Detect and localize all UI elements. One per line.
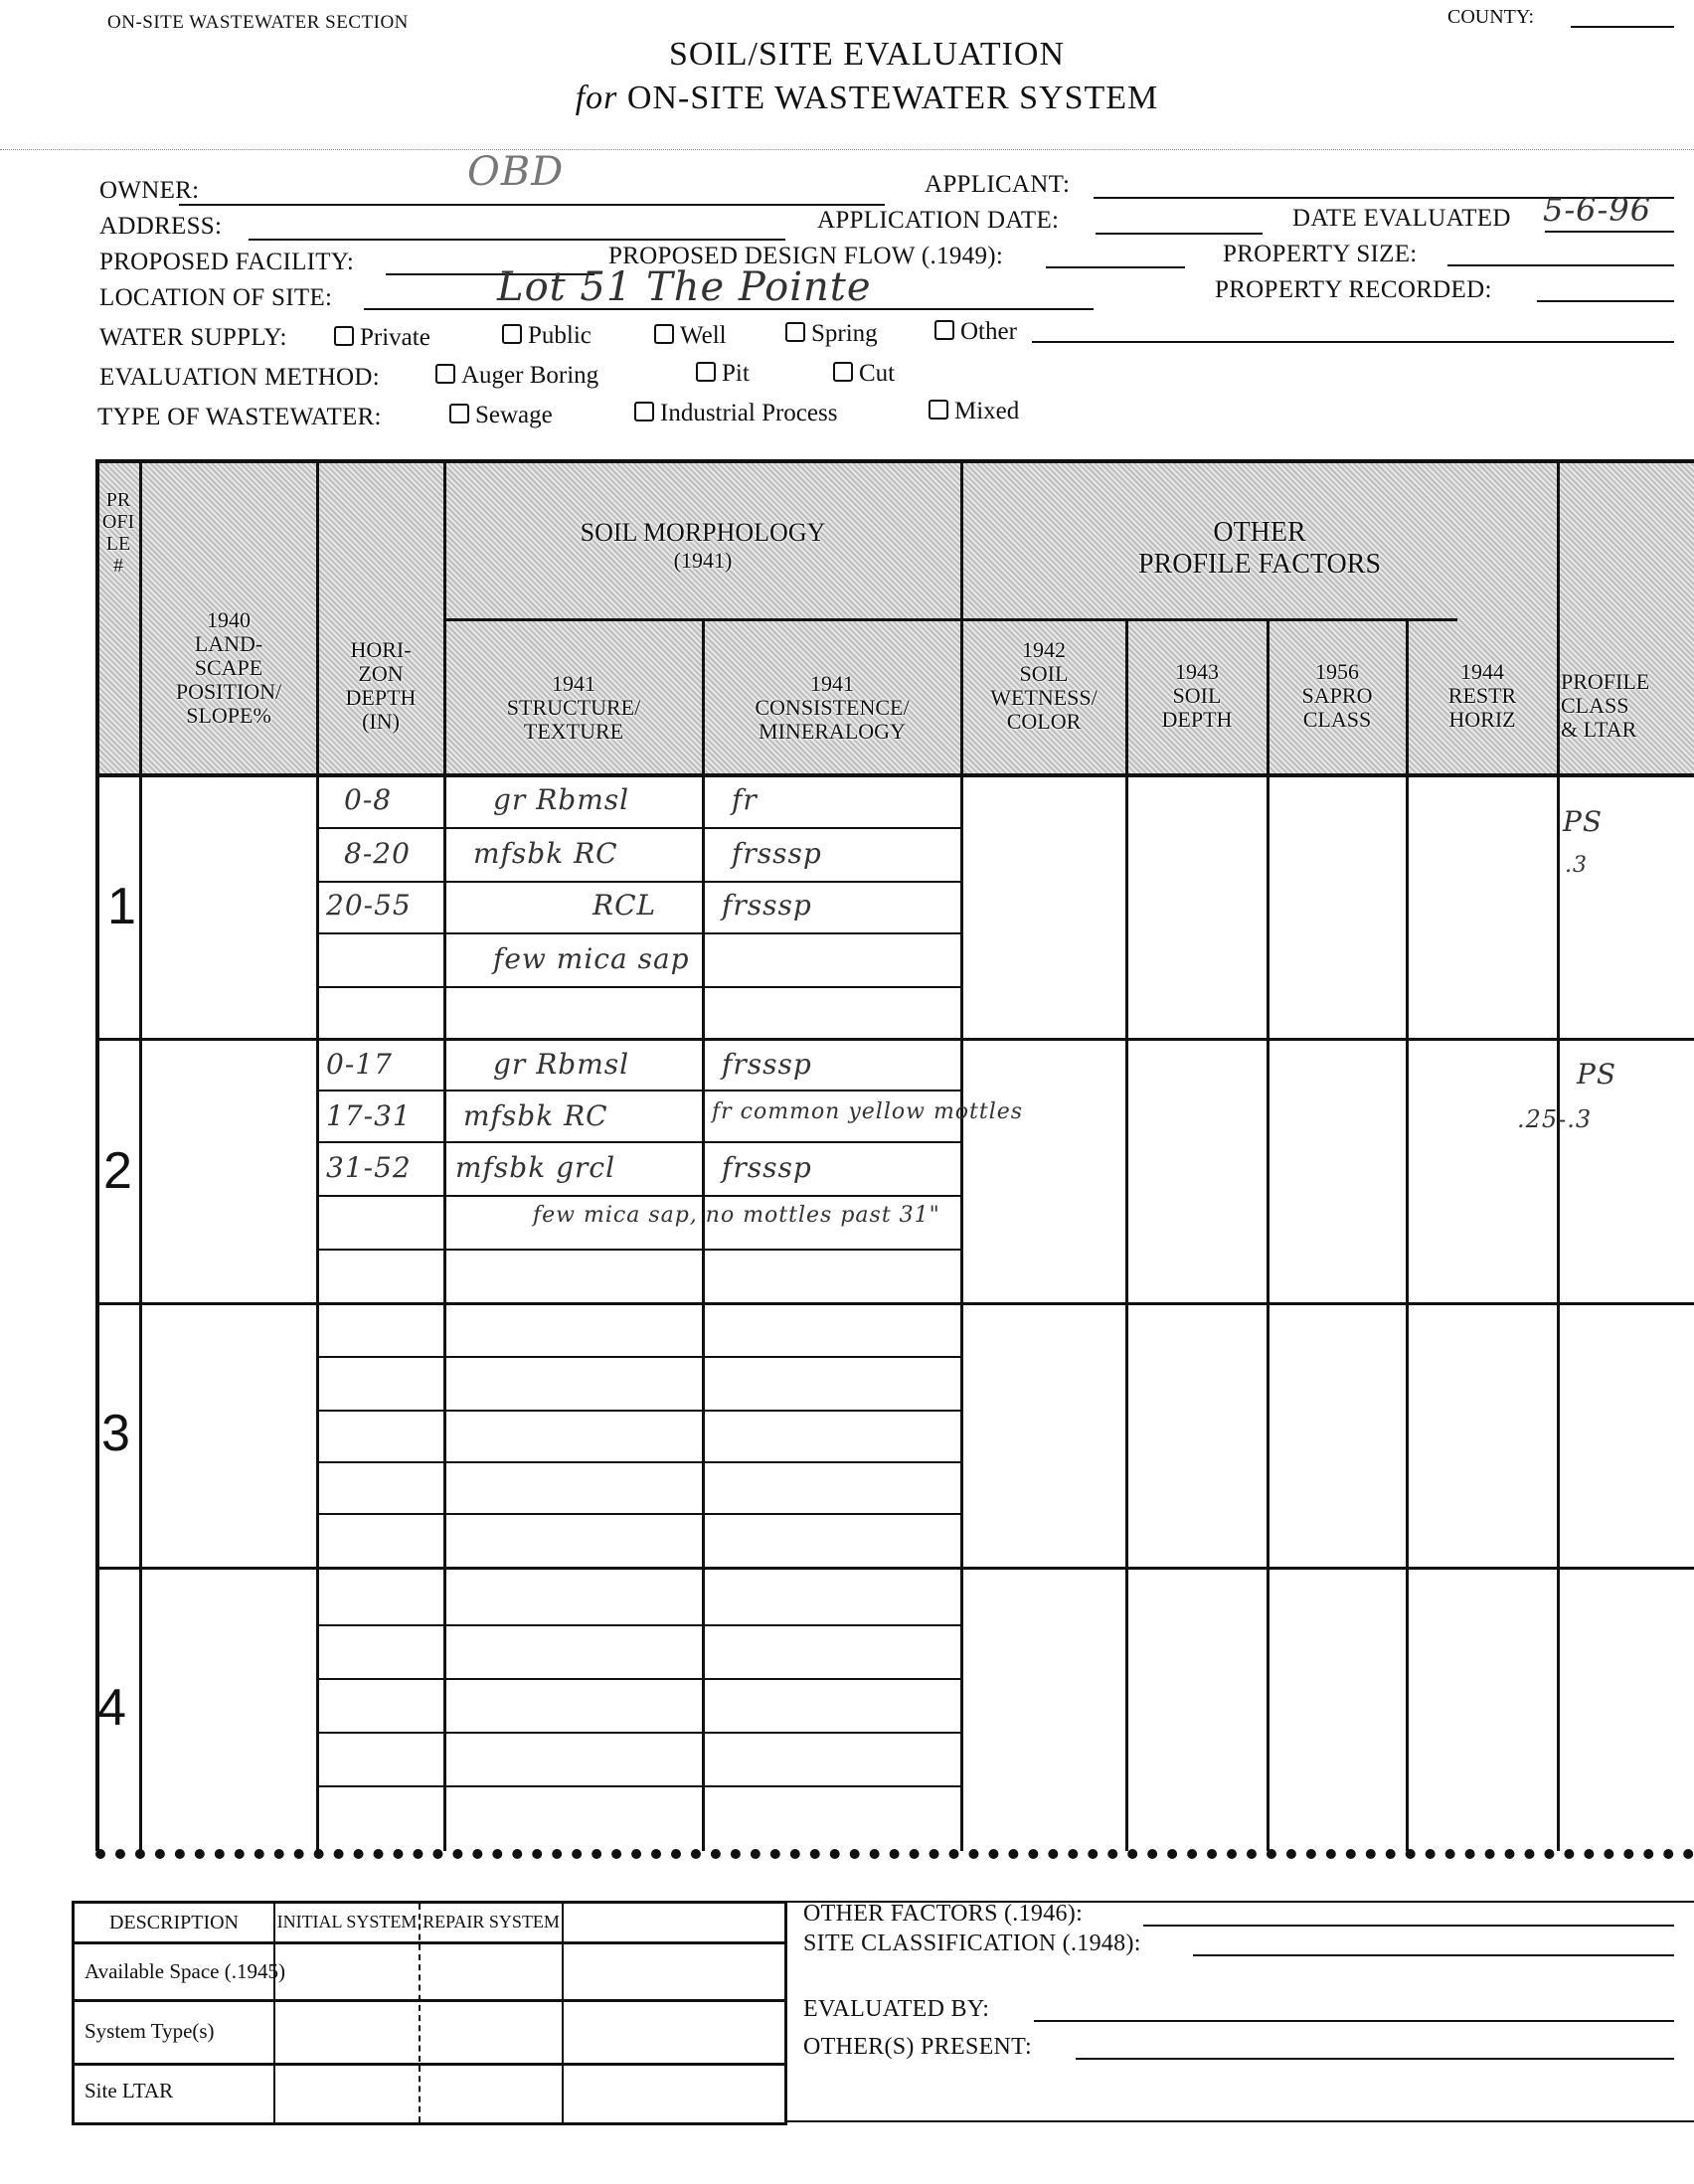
horizon-depth: 0-17: [326, 1048, 393, 1081]
table-top-border: [95, 459, 1694, 463]
header-line: SOIL MORPHOLOGY: [447, 519, 958, 547]
horizon-row-line: [316, 986, 960, 988]
col-divider: [316, 459, 319, 1851]
summary-row-system-types: System Type(s): [85, 2019, 215, 2044]
col-divider: [1406, 618, 1409, 1851]
header-line: (IN): [320, 710, 441, 734]
summary-col-line: [273, 1904, 275, 2122]
checkbox-icon[interactable]: [696, 362, 716, 382]
other-factors-label: OTHER FACTORS (.1946):: [803, 1901, 1083, 1928]
applicant-label: APPLICANT:: [925, 171, 1070, 199]
summary-right-bottom-border: [787, 2120, 1694, 2122]
header-other-profile-factors: OTHER PROFILE FACTORS: [964, 517, 1555, 581]
property-size-label: PROPERTY SIZE:: [1223, 241, 1418, 268]
consistence: frsssp: [732, 837, 822, 870]
header-line: DEPTH: [320, 686, 441, 710]
eval-auger-boring[interactable]: Auger Boring: [435, 362, 598, 390]
header-line: MINERALOGY: [706, 720, 958, 744]
horizon-row-line: [316, 1513, 960, 1515]
available-space-initial-input[interactable]: [277, 1945, 417, 1997]
eval-cut[interactable]: Cut: [833, 360, 895, 388]
option-label: Pit: [722, 360, 750, 387]
header-restr-horiz: 1944 RESTR HORIZ: [1410, 660, 1555, 732]
header-line: RESTR: [1410, 684, 1555, 708]
option-label: Auger Boring: [461, 362, 598, 389]
header-line: SOIL: [1129, 684, 1265, 708]
consistence: frsssp: [722, 1048, 812, 1081]
horizon-row-line: [316, 1410, 960, 1412]
header-wetness: 1942 SOIL WETNESS/ COLOR: [964, 638, 1123, 734]
available-space-repair-input[interactable]: [423, 1945, 560, 1997]
system-summary-table: DESCRIPTION INITIAL SYSTEM REPAIR SYSTEM…: [72, 1901, 787, 2125]
water-supply-label: WATER SUPPLY:: [99, 324, 287, 352]
checkbox-icon[interactable]: [449, 404, 469, 423]
col-divider: [960, 459, 963, 1851]
property-recorded-field[interactable]: [1537, 300, 1674, 302]
property-size-field[interactable]: [1447, 264, 1674, 266]
header-line: 1943: [1129, 660, 1265, 684]
summary-header-row-line: [75, 1941, 784, 1944]
checkbox-icon[interactable]: [654, 324, 674, 344]
structure-texture: mfsbk grcl: [455, 1151, 615, 1184]
consistence: fr common yellow mottles: [712, 1099, 1023, 1124]
profile-divider: [95, 1567, 1694, 1570]
date-evaluated-label: DATE EVALUATED: [1292, 205, 1511, 233]
horizon-row-line: [316, 1141, 960, 1143]
profile-divider: [95, 1038, 1694, 1041]
summary-row-line: [75, 1999, 784, 2002]
water-supply-private[interactable]: Private: [334, 324, 430, 352]
evaluated-by-field[interactable]: [1034, 2020, 1674, 2022]
structure-texture: gr Rbmsl: [493, 1048, 629, 1081]
checkbox-icon[interactable]: [502, 324, 522, 344]
structure-texture: gr Rbmsl: [493, 783, 629, 816]
horizon-row-line: [316, 881, 960, 883]
site-ltar-repair-input[interactable]: [423, 2067, 560, 2120]
summary-row-line: [75, 2063, 784, 2066]
structure-texture: RCL: [593, 889, 656, 922]
horizon-depth: 31-52: [326, 1151, 412, 1184]
location-label: LOCATION OF SITE:: [99, 284, 332, 312]
wastewater-mixed[interactable]: Mixed: [929, 398, 1019, 425]
structure-texture: mfsbk RC: [473, 837, 618, 870]
header-line: CONSISTENCE/: [706, 696, 958, 720]
horizon-depth: 0-8: [344, 783, 392, 816]
header-line: HORIZ: [1410, 708, 1555, 732]
consistence: frsssp: [722, 1151, 812, 1184]
option-label: Sewage: [475, 402, 553, 428]
option-label: Mixed: [954, 398, 1019, 424]
horizon-row-line: [316, 1624, 960, 1626]
col-divider: [1557, 459, 1560, 1851]
application-date-label: APPLICATION DATE:: [817, 207, 1059, 235]
site-ltar-initial-input[interactable]: [277, 2067, 417, 2120]
header-landscape: 1940 LAND- SCAPE POSITION/ SLOPE%: [143, 608, 314, 728]
water-supply-public[interactable]: Public: [502, 322, 592, 350]
address-field[interactable]: [249, 239, 785, 241]
header-line: COLOR: [964, 710, 1123, 734]
summary-header-repair: REPAIR SYSTEM: [421, 1912, 562, 1932]
checkbox-icon[interactable]: [785, 322, 805, 342]
table-left-border: [95, 459, 99, 1851]
property-recorded-label: PROPERTY RECORDED:: [1215, 276, 1492, 304]
owner-value: OBD: [467, 149, 564, 195]
subheader-divider: [443, 618, 1457, 621]
header-line: PROFILE FACTORS: [964, 549, 1555, 581]
page-title: SOIL/SITE EVALUATION: [0, 36, 1694, 74]
header-line: SLOPE%: [143, 704, 314, 728]
structure-texture: few mica sap: [493, 942, 690, 975]
horizon-row-line: [316, 1785, 960, 1787]
profile-number: 3: [101, 1404, 130, 1463]
header-soil-depth: 1943 SOIL DEPTH: [1129, 660, 1265, 732]
header-line: OTHER: [964, 517, 1555, 549]
horizon-row-line: [316, 1732, 960, 1734]
profile-divider: [95, 1302, 1694, 1305]
checkbox-icon[interactable]: [929, 400, 948, 420]
header-bottom-border: [95, 773, 1694, 777]
header-line: 1941: [447, 672, 700, 696]
soil-profile-table: PROFILE # 1940 LAND- SCAPE POSITION/ SLO…: [95, 459, 1694, 1865]
header-line: HORI-: [320, 638, 441, 662]
others-present-label: OTHER(S) PRESENT:: [803, 2034, 1032, 2061]
option-label: Public: [528, 322, 592, 349]
subtitle-prefix: for: [576, 80, 618, 116]
water-supply-other[interactable]: Other: [934, 318, 1017, 346]
header-line: 1956: [1270, 660, 1404, 684]
summary-row-available-space: Available Space (.1945): [85, 1959, 285, 1984]
county-label: COUNTY:: [1447, 6, 1534, 29]
checkbox-icon[interactable]: [334, 326, 354, 346]
header-structure-texture: 1941 STRUCTURE/ TEXTURE: [447, 672, 700, 744]
header-line: CLASS: [1270, 708, 1404, 732]
water-supply-other-field[interactable]: [1032, 341, 1674, 343]
consistence: frsssp: [722, 889, 812, 922]
col-divider: [1125, 618, 1128, 1851]
checkbox-icon[interactable]: [435, 364, 455, 384]
horizon-depth: 8-20: [344, 837, 411, 870]
other-factors-field[interactable]: [1143, 1925, 1674, 1927]
structure-texture: few mica sap, no mottles past 31": [533, 1203, 940, 1228]
header-line: 1944: [1410, 660, 1555, 684]
header-line: SAPRO: [1270, 684, 1404, 708]
horizon-depth: 20-55: [326, 889, 412, 922]
header-line: 1942: [964, 638, 1123, 662]
others-present-field[interactable]: [1076, 2058, 1674, 2060]
header-line: SCAPE: [143, 656, 314, 680]
horizon-row-line: [316, 932, 960, 934]
option-label: Well: [680, 322, 727, 349]
horizon-depth: 17-31: [326, 1099, 412, 1132]
col-divider: [702, 618, 705, 1851]
header-line: 1941: [706, 672, 958, 696]
profile-class: PS: [1577, 1058, 1616, 1091]
water-supply-well[interactable]: Well: [654, 322, 727, 350]
checkbox-icon[interactable]: [833, 362, 853, 382]
wastewater-sewage[interactable]: Sewage: [449, 402, 553, 429]
date-evaluated-value: 5-6-96: [1543, 191, 1651, 229]
option-label: Industrial Process: [660, 400, 837, 426]
header-line: & LTAR: [1561, 718, 1694, 742]
system-type-initial-input[interactable]: [277, 2003, 417, 2061]
profile-number: 4: [97, 1678, 126, 1738]
profile-number: 2: [103, 1141, 132, 1201]
option-label: Private: [360, 324, 430, 351]
header-line: STRUCTURE/: [447, 696, 700, 720]
col-divider: [139, 459, 142, 1851]
header-consistence: 1941 CONSISTENCE/ MINERALOGY: [706, 672, 958, 744]
header-line: 1940: [143, 608, 314, 632]
header-profile-class: PROFILE CLASS & LTAR: [1561, 670, 1694, 742]
owner-label: OWNER:: [99, 177, 199, 205]
horizon-row-line: [316, 827, 960, 829]
header-line: POSITION/: [143, 680, 314, 704]
system-type-repair-input[interactable]: [423, 2003, 560, 2061]
header-line: CLASS: [1561, 694, 1694, 718]
horizon-row-line: [316, 1090, 960, 1092]
header-line: LAND-: [143, 632, 314, 656]
horizon-row-line: [316, 1678, 960, 1680]
county-field[interactable]: [1571, 26, 1674, 28]
header-line: (1941): [447, 547, 958, 575]
profile-class: PS: [1563, 805, 1603, 838]
design-flow-field[interactable]: [1046, 266, 1185, 268]
summary-header-initial: INITIAL SYSTEM: [275, 1912, 419, 1932]
consistence: fr: [732, 783, 758, 816]
option-label: Other: [960, 318, 1017, 345]
header-line: PROFILE: [1561, 670, 1694, 694]
horizon-row-line: [316, 1195, 960, 1197]
horizon-row-line: [316, 1249, 960, 1251]
profile-number: 1: [107, 877, 136, 936]
profile-ltar: .25-.3: [1517, 1105, 1592, 1133]
summary-col-line: [562, 1904, 564, 2122]
header-profile: PROFILE #: [101, 489, 135, 577]
summary-col-line: [419, 1904, 421, 2122]
evaluation-method-label: EVALUATION METHOD:: [99, 364, 380, 392]
application-date-field[interactable]: [1096, 233, 1263, 235]
horizon-row-line: [316, 1356, 960, 1358]
header-horizon-depth: HORI- ZON DEPTH (IN): [320, 638, 441, 734]
date-evaluated-field[interactable]: [1545, 231, 1674, 233]
checkbox-icon[interactable]: [634, 402, 654, 421]
option-label: Spring: [811, 320, 878, 347]
section-title: ON-SITE WASTEWATER SECTION: [107, 12, 409, 34]
header-line: WETNESS/: [964, 686, 1123, 710]
wastewater-industrial[interactable]: Industrial Process: [634, 400, 837, 427]
header-line: ZON: [320, 662, 441, 686]
address-label: ADDRESS:: [99, 213, 222, 241]
location-value: Lot 51 The Pointe: [497, 264, 872, 310]
table-bottom-border: [95, 1849, 1694, 1859]
header-soil-morphology: SOIL MORPHOLOGY (1941): [447, 519, 958, 575]
dotted-divider: [0, 149, 1694, 150]
option-label: Cut: [859, 360, 895, 387]
site-classification-label: SITE CLASSIFICATION (.1948):: [803, 1931, 1141, 1957]
design-flow-label: PROPOSED DESIGN FLOW (.1949):: [608, 243, 1003, 270]
site-classification-field[interactable]: [1193, 1954, 1674, 1956]
col-divider: [1267, 618, 1270, 1851]
summary-row-site-ltar: Site LTAR: [85, 2079, 173, 2103]
wastewater-type-label: TYPE OF WASTEWATER:: [97, 404, 382, 431]
col-divider: [443, 459, 446, 1851]
header-line: DEPTH: [1129, 708, 1265, 732]
eval-pit[interactable]: Pit: [696, 360, 750, 388]
summary-header-description: DESCRIPTION: [75, 1912, 273, 1934]
subtitle-text: ON-SITE WASTEWATER SYSTEM: [627, 80, 1158, 116]
proposed-facility-label: PROPOSED FACILITY:: [99, 249, 354, 276]
header-sapro-class: 1956 SAPRO CLASS: [1270, 660, 1404, 732]
horizon-row-line: [316, 1461, 960, 1463]
header-line: SOIL: [964, 662, 1123, 686]
water-supply-spring[interactable]: Spring: [785, 320, 878, 348]
evaluated-by-label: EVALUATED BY:: [803, 1996, 989, 2023]
header-line: TEXTURE: [447, 720, 700, 744]
owner-field[interactable]: [179, 204, 885, 206]
structure-texture: mfsbk RC: [463, 1099, 608, 1132]
page-subtitle: for ON-SITE WASTEWATER SYSTEM: [0, 80, 1694, 117]
profile-ltar: .3: [1565, 853, 1588, 878]
checkbox-icon[interactable]: [934, 320, 954, 340]
